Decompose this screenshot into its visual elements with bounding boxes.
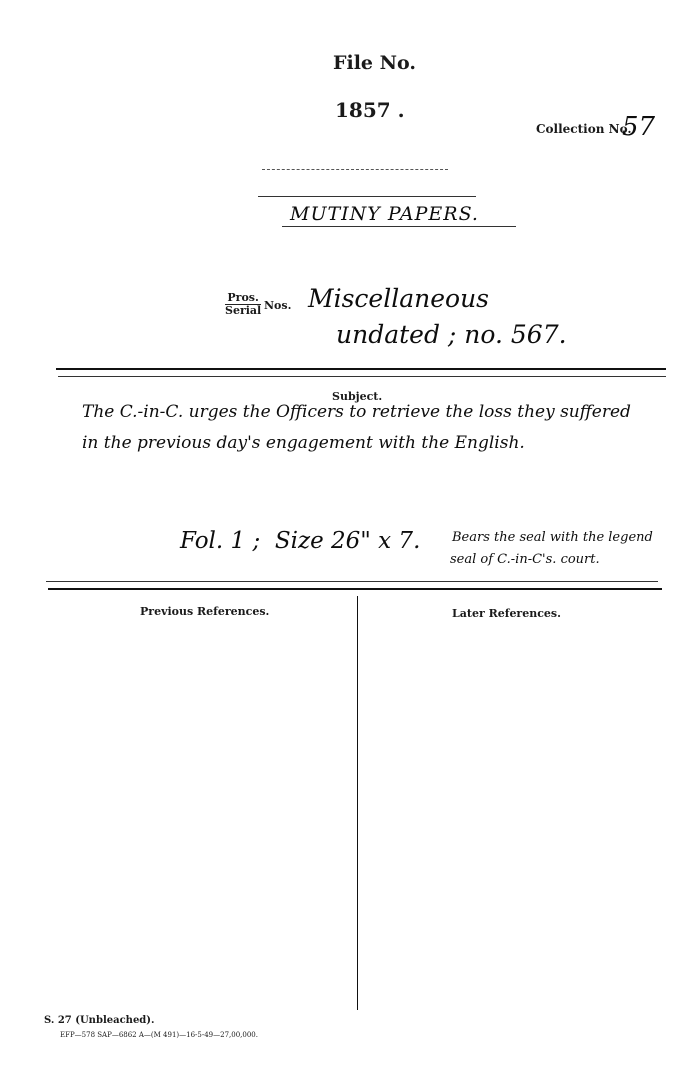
nos-label: Nos. — [264, 299, 291, 312]
title-rule-top — [262, 169, 448, 170]
seal-note-line2: seal of C.-in-C's. court. — [450, 552, 600, 567]
subject-line1: The C.-in-C. urges the Officers to retri… — [82, 402, 631, 422]
nos-line1: Miscellaneous — [308, 284, 489, 313]
folio-size: Fol. 1 ; Size 26" x 7. — [180, 528, 420, 554]
collection-value: 57 — [622, 112, 655, 142]
references-divider — [357, 596, 358, 1010]
later-references-label: Later References. — [452, 607, 561, 620]
title-underline — [282, 226, 516, 227]
title-handwritten: MUTINY PAPERS. — [290, 203, 479, 225]
references-rule-top — [46, 581, 658, 582]
collection-label: Collection No. — [536, 122, 632, 136]
file-no-label: File No. — [333, 52, 416, 74]
subject-rule-top — [56, 368, 666, 370]
form-number: S. 27 (Unbleached). — [44, 1015, 155, 1026]
subject-line2: in the previous day's engagement with th… — [82, 433, 525, 453]
references-rule-second — [48, 588, 662, 590]
seal-note-line1: Bears the seal with the legend — [452, 530, 653, 545]
previous-references-label: Previous References. — [140, 605, 269, 618]
file-no-value: 1857 . — [335, 98, 405, 122]
title-rule-upper — [258, 196, 476, 197]
printer-line: EFP—578 SAP—6862 A—(M 491)—16-5-49—27,00… — [60, 1031, 258, 1039]
pros-serial-label: Pros. Serial — [225, 292, 261, 317]
serial-label: Serial — [225, 305, 261, 317]
nos-line2: undated ; no. 567. — [336, 320, 567, 349]
subject-rule-second — [58, 376, 666, 377]
